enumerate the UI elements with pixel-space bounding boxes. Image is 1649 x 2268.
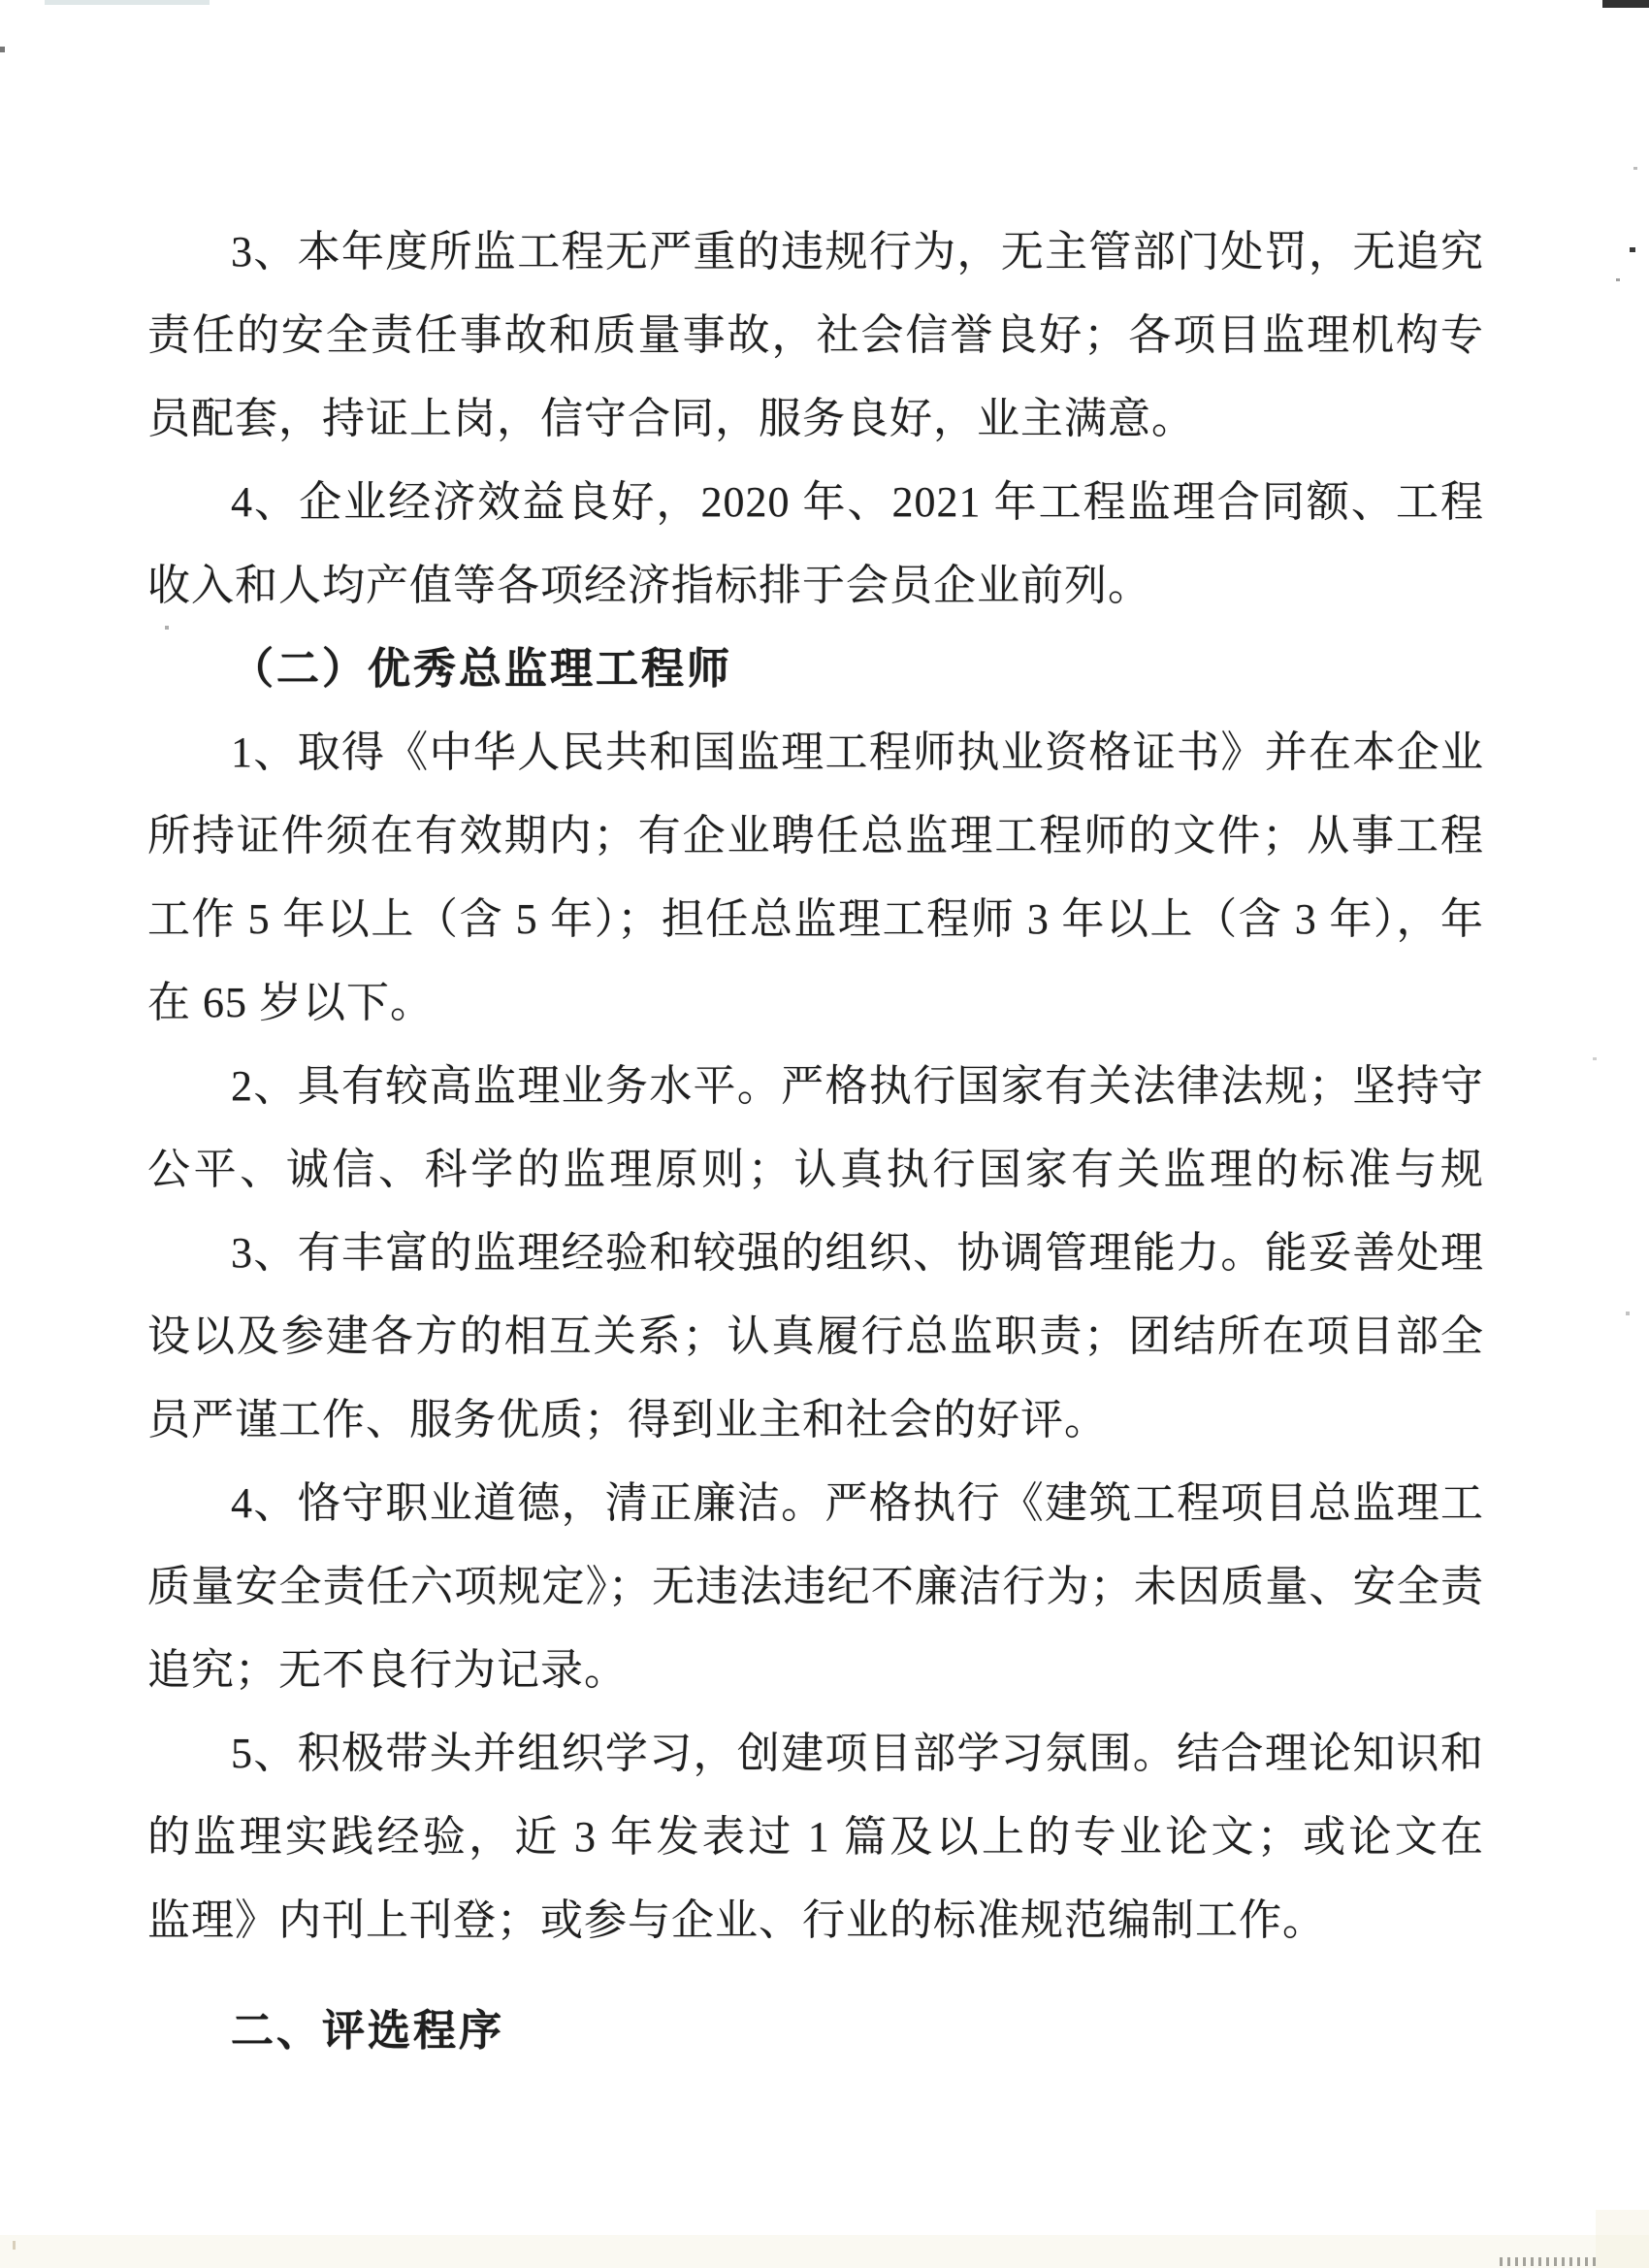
text-line: 2、具有较高监理业务水平。严格执行国家有关法律法规；坚持守法、 (147, 1045, 1484, 1128)
paragraph-item-3-rich-experience: 3、有丰富的监理经验和较强的组织、协调管理能力。能妥善处理与建设以及参建各方的相… (147, 1212, 1484, 1462)
paragraph-item-1-qualification-certificate: 1、取得《中华人民共和国监理工程师执业资格证书》并在本企业注册。所持证件须在有效… (147, 711, 1484, 1045)
paragraph-item-3-no-violations: 3、本年度所监工程无严重的违规行为，无主管部门处罚，无追究监理责任的安全责任事故… (147, 211, 1484, 461)
document-body: 3、本年度所监工程无严重的违规行为，无主管部门处罚，无追究监理责任的安全责任事故… (147, 211, 1484, 2073)
heading-line: （二）优秀总监理工程师 (147, 628, 1484, 711)
text-line: 5、积极带头并组织学习，创建项目部学习氛围。结合理论知识和丰富 (147, 1712, 1484, 1796)
scan-tint-bottom-edge (0, 2235, 1649, 2268)
text-line: 员配套，持证上岗，信守合同，服务良好，业主满意。 (147, 377, 1484, 461)
paragraph-item-4-economic-benefit: 4、企业经济效益良好，2020 年、2021 年工程监理合同额、工程监理收入和人… (147, 461, 1484, 628)
text-line: 收入和人均产值等各项经济指标排于会员企业前列。 (147, 544, 1484, 628)
text-line: 追究；无不良行为记录。 (147, 1629, 1484, 1712)
scan-speck (1593, 1057, 1597, 1060)
scan-edge-strip-top-left (45, 0, 210, 5)
scanned-document-page: 3、本年度所监工程无严重的违规行为，无主管部门处罚，无追究监理责任的安全责任事故… (0, 0, 1649, 2268)
scan-speck (1633, 167, 1637, 170)
text-line: 监理》内刊上刊登；或参与企业、行业的标准规范编制工作。 (147, 1879, 1484, 1962)
text-line: 4、恪守职业道德，清正廉洁。严格执行《建筑工程项目总监理工程师 (147, 1462, 1484, 1545)
text-line: 1、取得《中华人民共和国监理工程师执业资格证书》并在本企业注册。 (147, 711, 1484, 794)
heading-line: 二、评选程序 (147, 1990, 1484, 2073)
scan-corner-mark-top-right (1602, 0, 1649, 8)
scan-speck (1626, 1312, 1630, 1315)
scan-speck (1630, 247, 1635, 252)
text-line: 4、企业经济效益良好，2020 年、2021 年工程监理合同额、工程监理 (147, 461, 1484, 544)
text-line: 员严谨工作、服务优质；得到业主和社会的好评。 (147, 1378, 1484, 1462)
heading-excellent-chief-supervision-engineer: （二）优秀总监理工程师 (147, 628, 1484, 711)
scan-tint-bottom-right (1596, 2210, 1649, 2268)
text-line: 公平、诚信、科学的监理原则；认真执行国家有关监理的标准与规范。 (147, 1128, 1484, 1212)
scan-speck (0, 47, 5, 52)
text-line: 责任的安全责任事故和质量事故，社会信誉良好；各项目监理机构专业人 (147, 294, 1484, 377)
text-line: 所持证件须在有效期内；有企业聘任总监理工程师的文件；从事工程监理 (147, 794, 1484, 878)
paragraph-item-4-professional-ethics: 4、恪守职业道德，清正廉洁。严格执行《建筑工程项目总监理工程师质量安全责任六项规… (147, 1462, 1484, 1712)
text-line: 的监理实践经验，近 3 年发表过 1 篇及以上的专业论文；或论文在《山西 (147, 1796, 1484, 1879)
text-line: 3、有丰富的监理经验和较强的组织、协调管理能力。能妥善处理与建 (147, 1212, 1484, 1295)
scan-speck (13, 2241, 16, 2250)
scan-noise-strip-bottom-right (1500, 2257, 1600, 2266)
text-line: 3、本年度所监工程无严重的违规行为，无主管部门处罚，无追究监理 (147, 211, 1484, 294)
paragraph-item-2-professional-level: 2、具有较高监理业务水平。严格执行国家有关法律法规；坚持守法、公平、诚信、科学的… (147, 1045, 1484, 1212)
scan-speck (1616, 278, 1620, 281)
text-line: 设以及参建各方的相互关系；认真履行总监职责；团结所在项目部全体人 (147, 1295, 1484, 1378)
text-line: 在 65 岁以下。 (147, 961, 1484, 1045)
paragraph-item-5-study-and-papers: 5、积极带头并组织学习，创建项目部学习氛围。结合理论知识和丰富的监理实践经验，近… (147, 1712, 1484, 1962)
text-line: 工作 5 年以上（含 5 年）；担任总监理工程师 3 年以上（含 3 年），年龄 (147, 878, 1484, 961)
text-line: 质量安全责任六项规定》；无违法违纪不廉洁行为；未因质量、安全责任 (147, 1545, 1484, 1629)
heading-selection-procedure: 二、评选程序 (147, 1990, 1484, 2073)
